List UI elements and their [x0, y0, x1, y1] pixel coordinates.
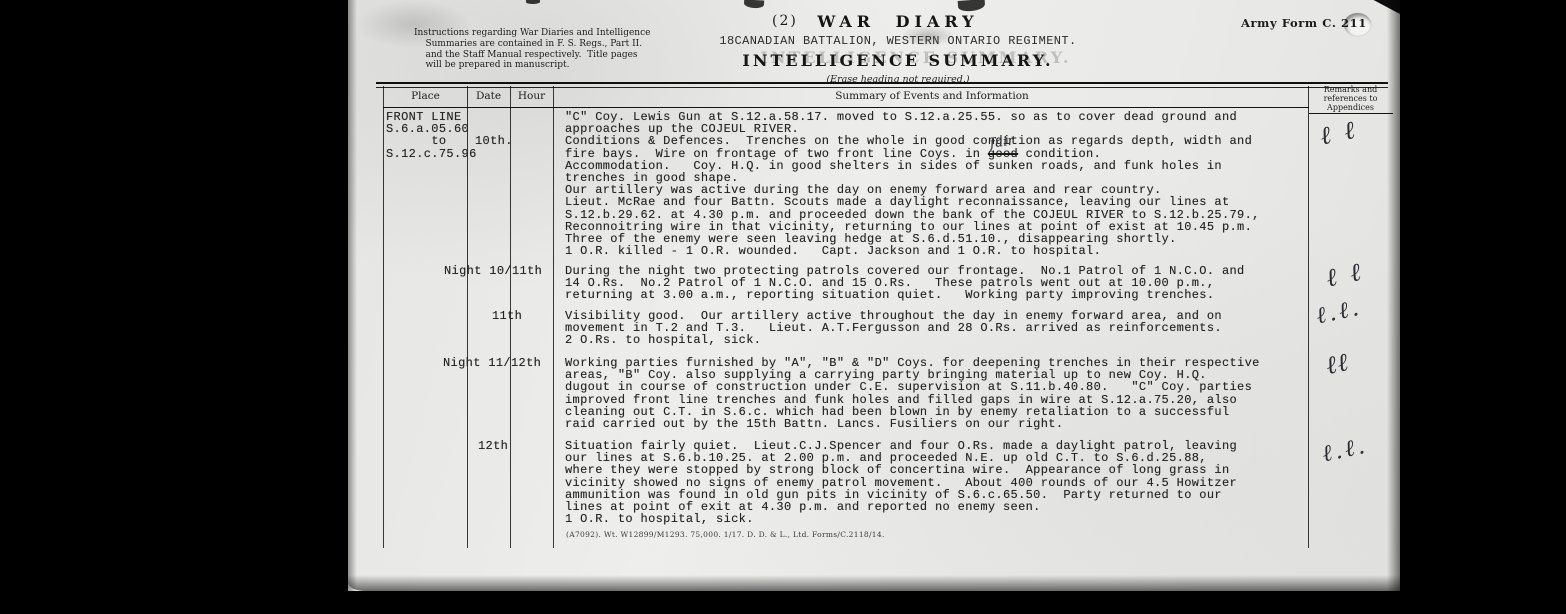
entry-text: Accommodation. Coy. H.Q. in good shelter… [565, 159, 1260, 258]
column-line-hour-summary [553, 86, 554, 548]
entry-summary-2: During the night two protecting patrols … [565, 265, 1325, 302]
correction-wrap: goodfair [988, 148, 1018, 160]
header-hour: Hour [510, 90, 553, 102]
entry-date-2: Night 10/11th [444, 265, 542, 277]
edge-shadow-right [1387, 0, 1400, 591]
header-remarks: Remarks and references to Appendices [1303, 85, 1398, 113]
war-diary-title: WAR DIARY [648, 12, 1148, 31]
entry-date-4: Night 11/12th [443, 357, 541, 369]
entry-date-3: 11th [492, 310, 522, 322]
handwritten-correction: fair [989, 135, 1015, 150]
remark-initials-4: ℓℓ [1323, 347, 1352, 381]
remark-initials-5: ℓ.ℓ. [1320, 433, 1370, 468]
entry-text: "C" Coy. Lewis Gun at S.12.a.58.17. move… [565, 110, 1252, 148]
column-line-left [383, 86, 384, 548]
header-date: Date [467, 90, 510, 102]
form-header: WAR DIARY 18CANADIAN BATTALION, WESTERN … [648, 12, 1148, 85]
paper-tear-icon [958, 0, 986, 12]
remark-initials-2: ℓ ℓ [1323, 256, 1366, 293]
table-top-rule [376, 82, 1388, 88]
remark-initials-1: ℓ ℓ [1317, 114, 1360, 151]
paper-tear-icon [744, 0, 764, 9]
edge-shadow-left [348, 0, 357, 591]
page-background: { "form": { "page_number": "(2)", "title… [0, 0, 1566, 614]
bottom-curl-shadow [348, 575, 1400, 591]
intelligence-summary-title: INTELLIGENCE SUMMARY. [648, 51, 1148, 70]
instructions-note: Instructions regarding War Diaries and I… [414, 28, 664, 71]
entry-date-5: 12th [478, 440, 508, 452]
print-footer: (A7092). Wt. W12899/M1293. 75,000. 1/17.… [566, 530, 885, 539]
header-summary: Summary of Events and Information [558, 90, 1306, 102]
entry-summary-4: Working parties furnished by "A", "B" & … [565, 357, 1325, 430]
scanned-paper: Army Form C. 211 (2) INTELLIGENCE SUMMAR… [348, 0, 1400, 591]
entry-summary-3: Visibility good. Our artillery active th… [565, 310, 1325, 347]
form-number: Army Form C. 211 [1241, 16, 1367, 30]
table-header-rule [383, 107, 1309, 108]
unit-line: 18CANADIAN BATTALION, WESTERN ONTARIO RE… [648, 34, 1148, 48]
place-cell: FRONT LINE S.6.a.05.60 to S.12.c.75.96 [386, 111, 477, 160]
entry-summary-5: Situation fairly quiet. Lieut.C.J.Spence… [565, 440, 1325, 525]
entry-summary-1: "C" Coy. Lewis Gun at S.12.a.58.17. move… [565, 111, 1325, 257]
paper-tear-icon [526, 0, 540, 4]
entry-date-1: 10th. [475, 135, 513, 147]
header-place: Place [388, 90, 463, 102]
